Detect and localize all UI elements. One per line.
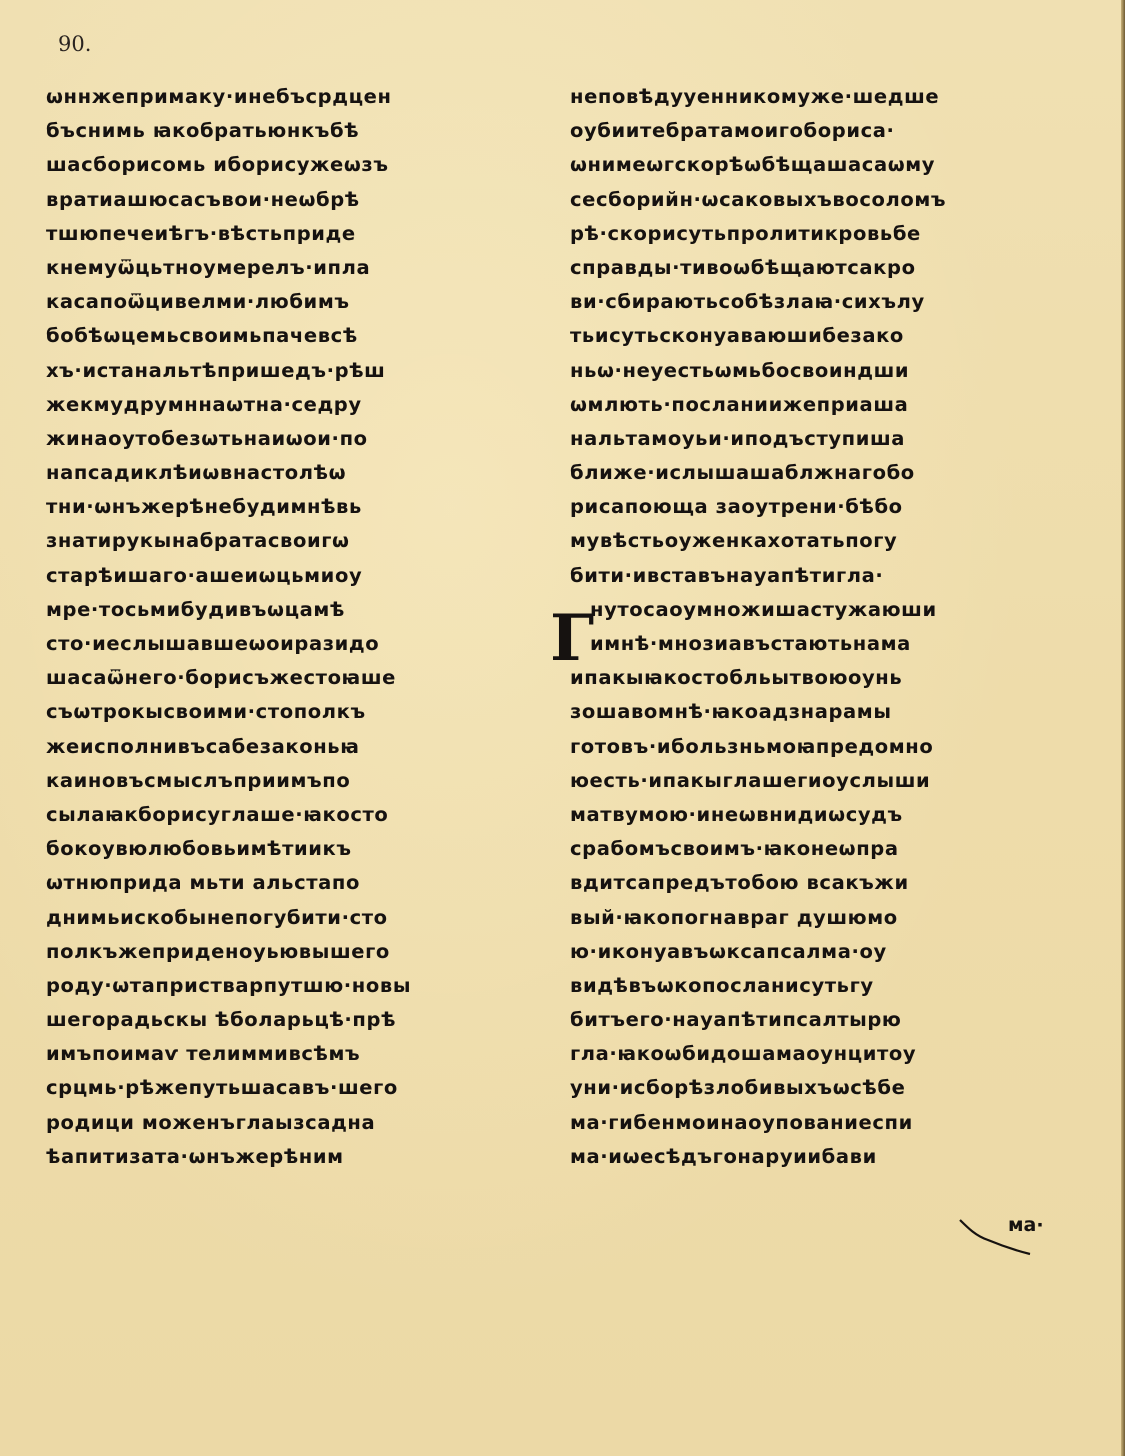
text-line: днимьискобынепогубити·сто [46,901,526,935]
text-line: ѡтнюприда мьти альстапо [46,866,526,900]
text-line: имъпоимаѵ телиммивсѣмъ [46,1037,526,1071]
text-line: ѡмлють·посланиижеприаша [568,388,1063,422]
text-line: бити·ивставънауапѣтигла· [568,559,1063,593]
left-text-column: ѡннжепримаку·инебъсрдценбъснимь ꙗкобрать… [46,80,526,1174]
right-text-column: неповѣдууенникомуже·шедшеоубиитебратамои… [568,80,1063,1174]
text-line: жеисполнивъсабезаконьꙗ [46,730,526,764]
text-line: вратиашюсасъвои·неѡбрѣ [46,183,526,217]
text-line: юесть·ипакыглашегиоуслыши [568,764,1063,798]
page-edge-shadow [1121,0,1125,1456]
text-line: сылаꙗкборисуглаше·ꙗкосто [46,798,526,832]
text-line: роду·ѡтапристварпутшю·новы [46,969,526,1003]
text-line: рисапоюща заоутрени·бѣбо [568,490,1063,524]
text-line: гла·ꙗкоѡбидошамаоунцитоу [568,1037,1063,1071]
text-line: видѣвъѡкопосланисутьгу [568,969,1063,1003]
text-line: сесборийн·ѡсаковыхъвосоломъ [568,183,1063,217]
text-line: бъснимь ꙗкобратьюнкъбѣ [46,114,526,148]
text-line: съѡтрокысвоими·стополкъ [46,695,526,729]
text-line: имнѣ·мнозиавъстаютьнама [568,627,1063,661]
text-line: справды·тивоѡбѣщаютсакро [568,251,1063,285]
text-line: тьисутьсконуаваюшибезако [568,319,1063,353]
text-line: напсадиклѣиѡвнастолѣѡ [46,456,526,490]
text-line: жинаоутобезѡтьнаиѡои·по [46,422,526,456]
text-line: оубиитебратамоигобориса· [568,114,1063,148]
text-line: бобѣѡцемьсвоимьпачевсѣ [46,319,526,353]
text-line: ньѡ·неуестьѡмьбосвоиндши [568,354,1063,388]
text-line: срабомъсвоимъ·ꙗконеѡпра [568,832,1063,866]
text-line: уни·исборѣзлобивыхъѡсѣбе [568,1071,1063,1105]
text-line: матвумою·инеѡвнидиѡсудъ [568,798,1063,832]
text-line: каиновъсмыслъприимъпо [46,764,526,798]
text-line: старѣишаго·ашеиѡцьмиоу [46,559,526,593]
text-line: ви·сбираютьсобѣзлаꙗ·сихълу [568,285,1063,319]
text-line: ближе·ислышашаблжнагобо [568,456,1063,490]
text-line: ѣапитизата·ѡнъжерѣним [46,1140,526,1174]
text-line: ма·гибенмоинаоупованиеспи [568,1106,1063,1140]
text-line: кнемуѿцьтноумерелъ·ипла [46,251,526,285]
text-line: мувѣстьоуженкахотатьпогу [568,524,1063,558]
text-line: рѣ·скорисутьпролитикровьбе [568,217,1063,251]
text-line: родици моженъглаызсадна [46,1106,526,1140]
text-line: тни·ѡнъжерѣнебудимнѣвь [46,490,526,524]
text-line: знатирукынабратасвоигѡ [46,524,526,558]
text-line: тшюпечеиѣгъ·вѣстьприде [46,217,526,251]
page-number: 90. [58,32,91,56]
text-line: хъ·истанальтѣпришедъ·рѣш [46,354,526,388]
text-line: шасборисомь иборисужеѡзъ [46,148,526,182]
text-line: зошавомнѣ·ꙗкоадзнарамы [568,695,1063,729]
text-line: бокоувюлюбовьимѣтиикъ [46,832,526,866]
text-line: ипакыꙗкостобльытвоюоунь [568,661,1063,695]
text-line: ѡнимеѡгскорѣѡбѣщашасаѡму [568,148,1063,182]
text-line: полкъжеприденоуьювышего [46,935,526,969]
text-line: шегорадьскы ѣболарьцѣ·прѣ [46,1003,526,1037]
manuscript-page: 90. ѡннжепримаку·инебъсрдценбъснимь ꙗкоб… [0,0,1125,1456]
text-line: готовъ·ибользньмоꙗпредомно [568,730,1063,764]
text-line: нальтамоуьи·иподъступиша [568,422,1063,456]
text-line: ю·иконуавъѡксапсалма·оу [568,935,1063,969]
text-line: сто·иеслышавшеѡоиразидо [46,627,526,661]
text-line: срцмь·рѣжепутьшасавъ·шего [46,1071,526,1105]
text-line: вый·ꙗкопогнавраг душюмо [568,901,1063,935]
closing-flourish-text: ма· [1008,1214,1044,1236]
text-line: неповѣдууенникомуже·шедше [568,80,1063,114]
text-line: шасаѿнего·борисъжестоꙗше [46,661,526,695]
text-line: битъего·науапѣтипсалтырю [568,1003,1063,1037]
drop-cap-initial: Г [550,607,594,671]
text-line: мре·тосьмибудивъѡцамѣ [46,593,526,627]
text-line: касапоѿцивелми·любимъ [46,285,526,319]
text-line: ѡннжепримаку·инебъсрдцен [46,80,526,114]
text-line: вдитсапредътобою всакъжи [568,866,1063,900]
text-line: жекмудрумннаѡтна·седру [46,388,526,422]
text-line: нутосаоумножишастужаюши [568,593,1063,627]
text-line: ма·иѡесѣдъгонаруиибави [568,1140,1063,1174]
